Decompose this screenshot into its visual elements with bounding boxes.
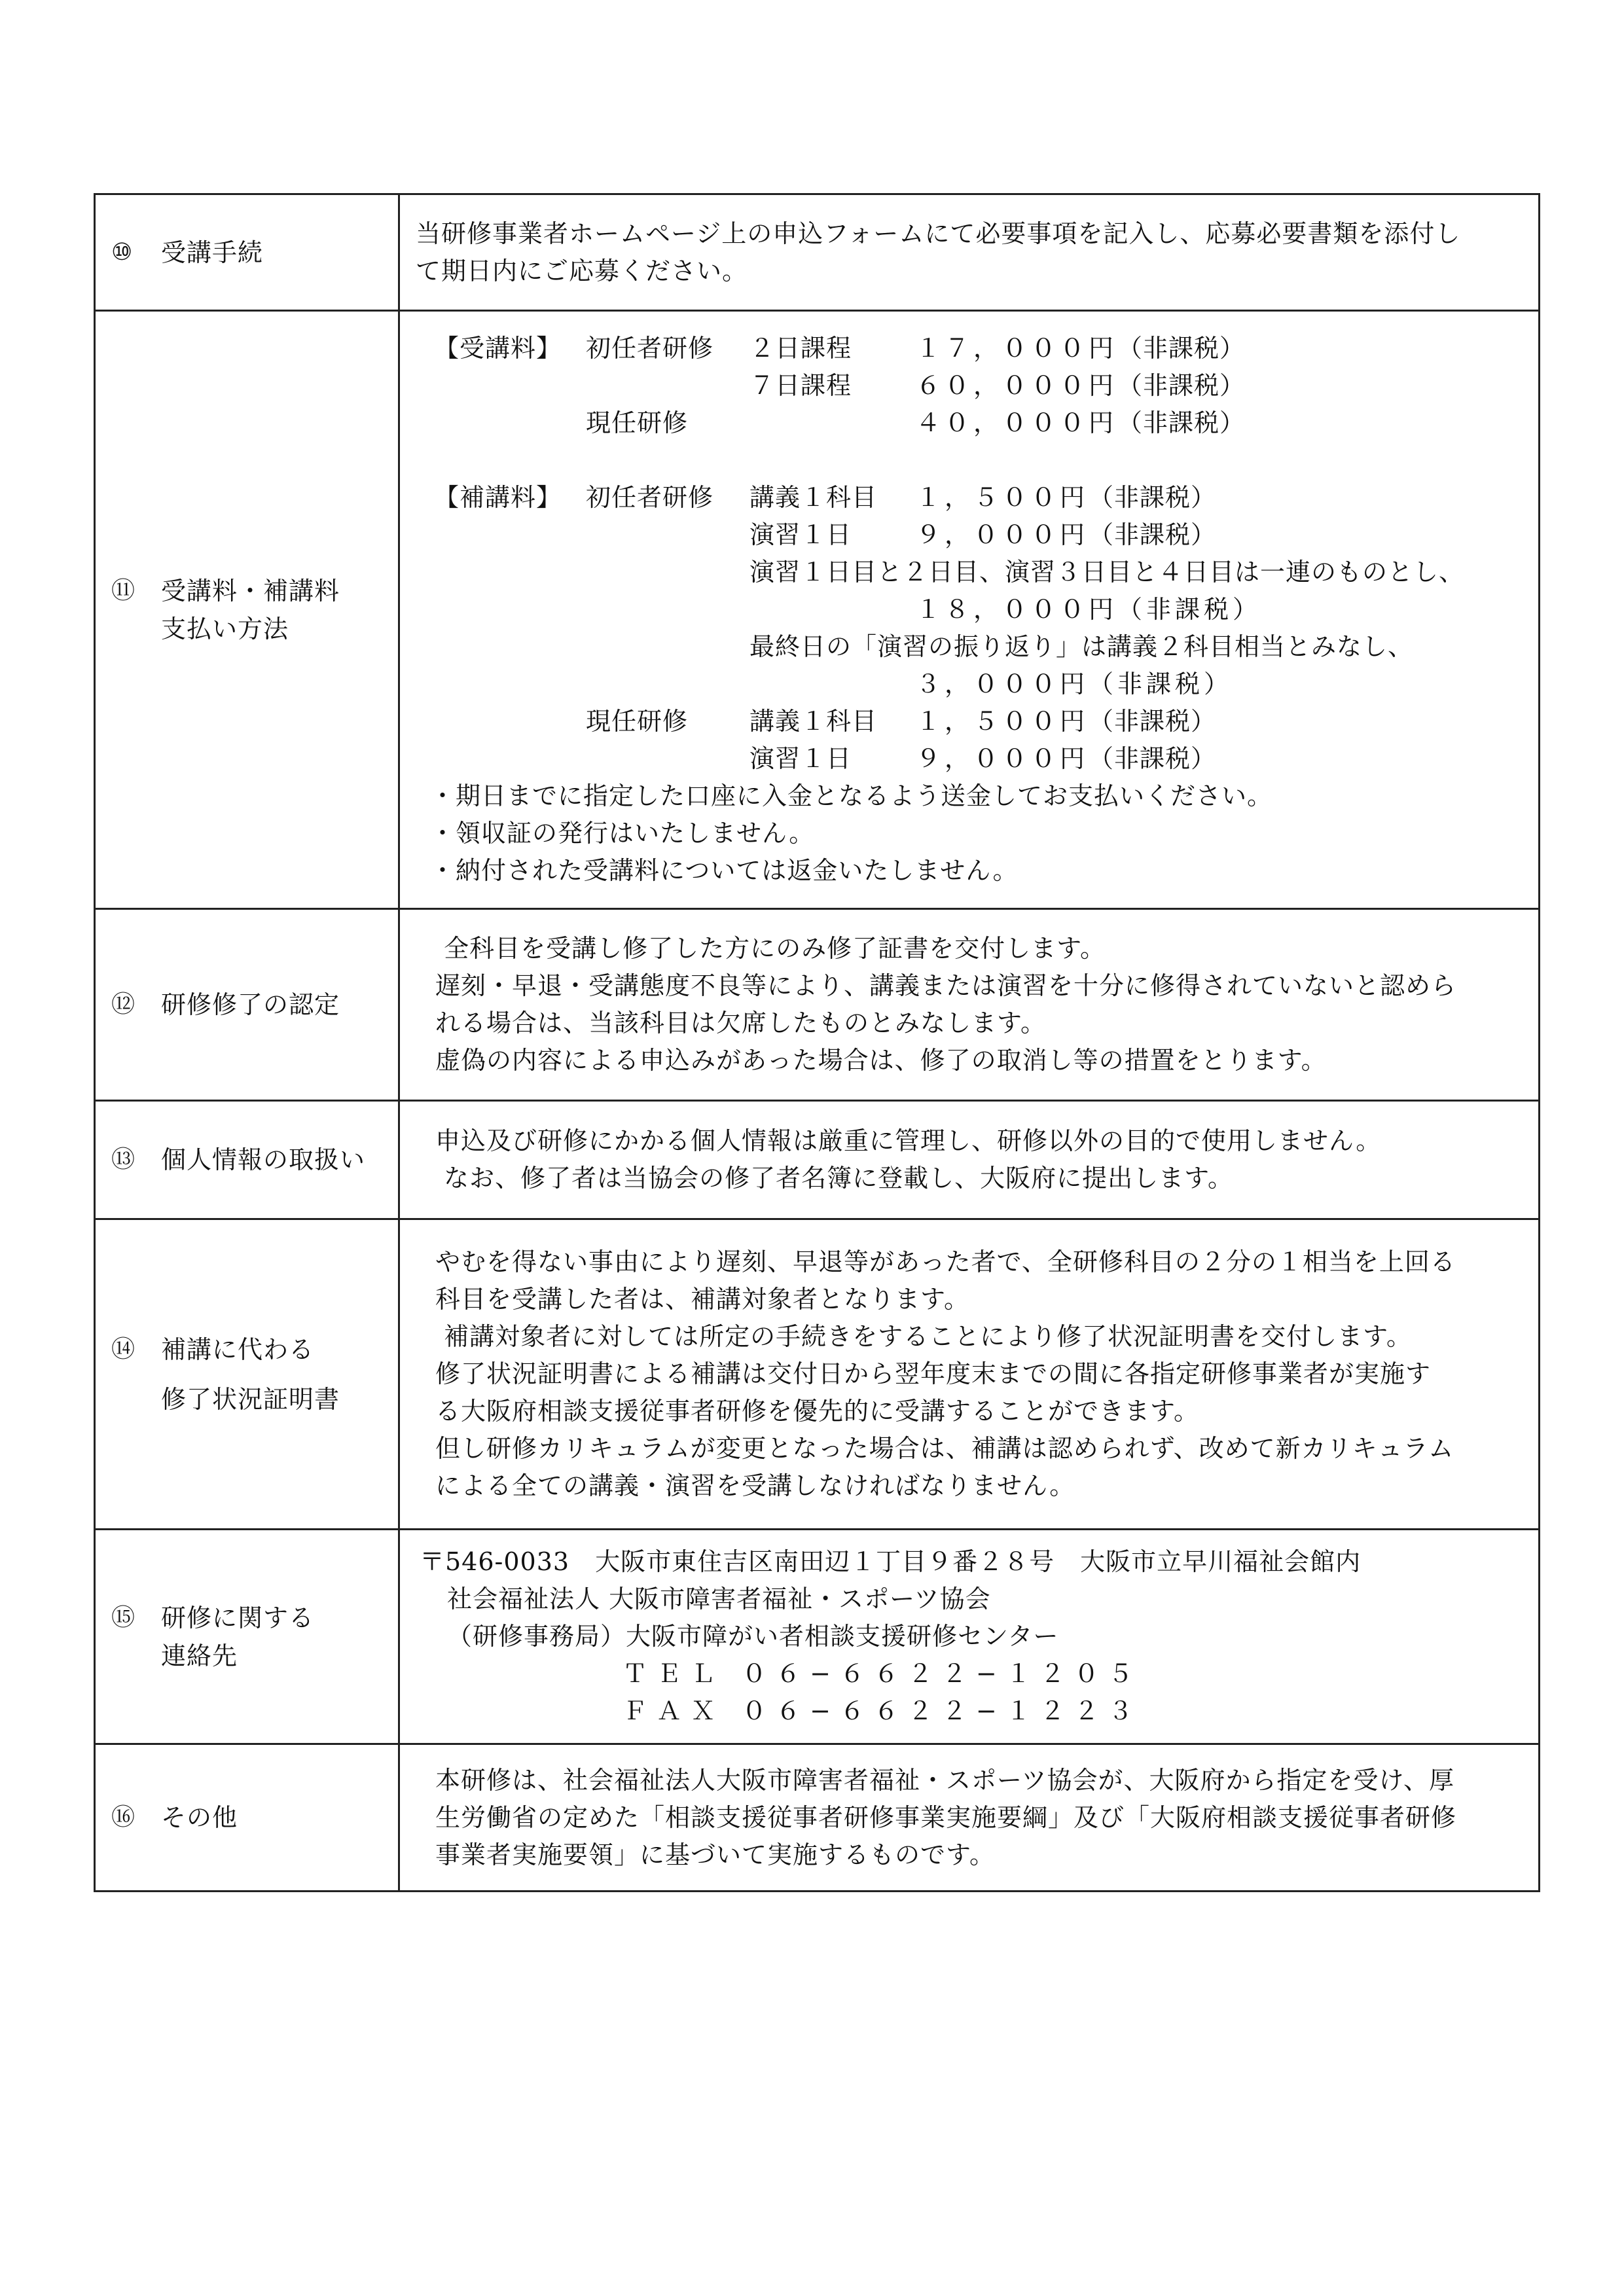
- paragraph: 補講対象者に対しては所定の手続きをすることにより修了状況証明書を交付します。: [435, 1318, 1523, 1355]
- paragraph: 修了状況証明書による補講は交付日から翌年度末までの間に各指定研修事業者が実施す: [435, 1355, 1523, 1393]
- fee-tax: （非課税）: [1117, 367, 1245, 404]
- fee-item: 演習１日: [749, 740, 916, 778]
- contact-address: 〒546-0033 大阪市東住吉区南田辺１丁目９番２８号 大阪市立早川福祉会館内: [420, 1543, 1523, 1581]
- table-row-12: ⑫ 研修修了の認定 全科目を受講し修了した方にのみ修了証書を交付します。 遅刻・…: [95, 909, 1540, 1101]
- paragraph: 全科目を受講し修了した方にのみ修了証書を交付します。: [435, 930, 1523, 967]
- paragraph: 遅刻・早退・受講態度不良等により、講義または演習を十分に修得されていないと認めら: [435, 967, 1523, 1005]
- fee-line: ７日課程 ６０，０００円 （非課税）: [424, 367, 1523, 404]
- fee-item: ２日課程: [749, 330, 916, 367]
- contact-office: （研修事務局）大阪市障がい者相談支援研修センター: [420, 1618, 1523, 1655]
- info-table: ⑩ 受講手続 当研修事業者ホームページ上の申込フォームにて必要事項を記入し、応募…: [94, 193, 1540, 1892]
- paragraph: なお、修了者は当協会の修了者名簿に登載し、大阪府に提出します。: [435, 1160, 1523, 1197]
- paragraph: 但し研修カリキュラムが変更となった場合は、補講は認められず、改めて新カリキュラム: [435, 1430, 1523, 1467]
- row-number: ⑩: [111, 234, 161, 272]
- table-row-14: ⑭ 補講に代わる 修了状況証明書 やむを得ない事由により遅刻、早退等があった者で…: [95, 1219, 1540, 1530]
- row-label: 補講に代わる 修了状況証明書: [161, 1325, 340, 1424]
- fee-amount: １，５００円: [916, 703, 1089, 740]
- row-label-cell: ⑩ 受講手続: [95, 194, 399, 311]
- fee-tax: （非課税）: [1089, 740, 1216, 778]
- fee-amount: ６０，０００円: [916, 367, 1117, 404]
- fee-heading: 【補講料】: [424, 479, 586, 516]
- fee-line: 現任研修 ４０，０００円 （非課税）: [424, 404, 1523, 442]
- fee-heading: 【受講料】: [424, 330, 586, 367]
- row-label: 受講手続: [161, 234, 263, 272]
- fee-note: 演習１日目と２日目、演習３日目と４日目は一連のものとし、: [424, 554, 1523, 591]
- paragraph: による全ての講義・演習を受講しなければなりません。: [435, 1467, 1523, 1505]
- contact-fax: ＦＡＸ ０６−６６２２−１２２３: [420, 1693, 1523, 1730]
- fee-amount: １７，０００円: [916, 330, 1117, 367]
- row-label-cell: ⑭ 補講に代わる 修了状況証明書: [95, 1219, 399, 1530]
- row-content-cell: やむを得ない事由により遅刻、早退等があった者で、全研修科目の２分の１相当を上回る…: [399, 1219, 1540, 1530]
- paragraph: 虚偽の内容による申込みがあった場合は、修了の取消し等の措置をとります。: [435, 1042, 1523, 1079]
- fee-tax: （非課税）: [1117, 404, 1245, 442]
- row-content-cell: 本研修は、社会福祉法人大阪市障害者福祉・スポーツ協会が、大阪府から指定を受け、厚…: [399, 1744, 1540, 1892]
- contact-phone: ＴＥＬ ０６−６６２２−１２０５: [420, 1655, 1523, 1693]
- row-number: ⑬: [111, 1141, 161, 1179]
- fee-amount: ９，０００円: [916, 740, 1089, 778]
- fee-amount: ４０，０００円: [916, 404, 1117, 442]
- fee-amount: ９，０００円: [916, 516, 1089, 554]
- row-content-cell: 〒546-0033 大阪市東住吉区南田辺１丁目９番２８号 大阪市立早川福祉会館内…: [399, 1530, 1540, 1744]
- fee-tax: （非課税）: [1089, 703, 1216, 740]
- paragraph: やむを得ない事由により遅刻、早退等があった者で、全研修科目の２分の１相当を上回る: [435, 1244, 1523, 1281]
- row-content-cell: 【受講料】 初任者研修 ２日課程 １７，０００円 （非課税） ７日課程 ６０，０…: [399, 311, 1540, 909]
- payment-note: ・期日までに指定した口座に入金となるよう送金してお支払いください。: [424, 778, 1523, 815]
- fee-item: 講義１科目: [749, 479, 916, 516]
- row-number: ⑯: [111, 1799, 161, 1837]
- paragraph: 科目を受講した者は、補講対象者となります。: [435, 1281, 1523, 1318]
- paragraph: 申込及び研修にかかる個人情報は厳重に管理し、研修以外の目的で使用しません。: [435, 1122, 1523, 1160]
- row-label-cell: ⑫ 研修修了の認定: [95, 909, 399, 1101]
- row-content-cell: 全科目を受講し修了した方にのみ修了証書を交付します。 遅刻・早退・受講態度不良等…: [399, 909, 1540, 1101]
- row-number: ⑫: [111, 986, 161, 1024]
- table-row-13: ⑬ 個人情報の取扱い 申込及び研修にかかる個人情報は厳重に管理し、研修以外の目的…: [95, 1101, 1540, 1219]
- row-label-cell: ⑯ その他: [95, 1744, 399, 1892]
- row-label: 個人情報の取扱い: [161, 1141, 365, 1179]
- table-row-16: ⑯ その他 本研修は、社会福祉法人大阪市障害者福祉・スポーツ協会が、大阪府から指…: [95, 1744, 1540, 1892]
- fee-line: 演習１日 ９，０００円 （非課税）: [424, 740, 1523, 778]
- fee-course: 初任者研修: [586, 330, 749, 367]
- table-row-10: ⑩ 受講手続 当研修事業者ホームページ上の申込フォームにて必要事項を記入し、応募…: [95, 194, 1540, 311]
- row-label-cell: ⑪ 受講料・補講料 支払い方法: [95, 311, 399, 909]
- fee-course: 現任研修: [586, 404, 749, 442]
- paragraph: る大阪府相談支援従事者研修を優先的に受講することができます。: [435, 1393, 1523, 1430]
- row-label: 受講料・補講料 支払い方法: [161, 572, 340, 648]
- payment-note: ・納付された受講料については返金いたしません。: [424, 852, 1523, 889]
- row-content-cell: 当研修事業者ホームページ上の申込フォームにて必要事項を記入し、応募必要書類を添付…: [399, 194, 1540, 311]
- row-label-cell: ⑮ 研修に関する 連絡先: [95, 1530, 399, 1744]
- row-number: ⑮: [111, 1599, 161, 1637]
- payment-note: ・領収証の発行はいたしません。: [424, 815, 1523, 852]
- fee-line: 演習１日 ９，０００円 （非課税）: [424, 516, 1523, 554]
- paragraph: て期日内にご応募ください。: [416, 253, 1523, 290]
- fee-tax: （非課税）: [1089, 479, 1216, 516]
- paragraph: 生労働省の定めた「相談支援従事者研修事業実施要綱」及び「大阪府相談支援従事者研修: [435, 1799, 1523, 1837]
- fee-note-amount: １８，０００円（非課税）: [424, 591, 1523, 628]
- fee-course: 初任者研修: [586, 479, 749, 516]
- fee-line: 【補講料】 初任者研修 講義１科目 １，５００円 （非課税）: [424, 479, 1523, 516]
- supplementary-fees: 【補講料】 初任者研修 講義１科目 １，５００円 （非課税） 演習１日 ９，００…: [424, 479, 1523, 778]
- row-label: その他: [161, 1799, 238, 1837]
- paragraph: 本研修は、社会福祉法人大阪市障害者福祉・スポーツ協会が、大阪府から指定を受け、厚: [435, 1762, 1523, 1799]
- table-row-11: ⑪ 受講料・補講料 支払い方法 【受講料】 初任者研修 ２日課程 １７，０００円…: [95, 311, 1540, 909]
- fee-tax: （非課税）: [1089, 516, 1216, 554]
- row-number: ⑭: [111, 1325, 161, 1374]
- table-row-15: ⑮ 研修に関する 連絡先 〒546-0033 大阪市東住吉区南田辺１丁目９番２８…: [95, 1530, 1540, 1744]
- fee-tax: （非課税）: [1117, 330, 1245, 367]
- tuition-fees: 【受講料】 初任者研修 ２日課程 １７，０００円 （非課税） ７日課程 ６０，０…: [424, 330, 1523, 442]
- row-label-cell: ⑬ 個人情報の取扱い: [95, 1101, 399, 1219]
- row-number: ⑪: [111, 572, 161, 610]
- fee-line: 現任研修 講義１科目 １，５００円 （非課税）: [424, 703, 1523, 740]
- fee-note-amount: ３，０００円（非課税）: [424, 666, 1523, 703]
- paragraph: 当研修事業者ホームページ上の申込フォームにて必要事項を記入し、応募必要書類を添付…: [416, 215, 1523, 253]
- fee-course: 現任研修: [586, 703, 749, 740]
- fee-item: 講義１科目: [749, 703, 916, 740]
- fee-note: 最終日の「演習の振り返り」は講義２科目相当とみなし、: [424, 628, 1523, 666]
- contact-organization: 社会福祉法人 大阪市障害者福祉・スポーツ協会: [420, 1581, 1523, 1618]
- fee-amount: １，５００円: [916, 479, 1089, 516]
- row-content-cell: 申込及び研修にかかる個人情報は厳重に管理し、研修以外の目的で使用しません。 なお…: [399, 1101, 1540, 1219]
- fee-line: 【受講料】 初任者研修 ２日課程 １７，０００円 （非課税）: [424, 330, 1523, 367]
- paragraph: れる場合は、当該科目は欠席したものとみなします。: [435, 1005, 1523, 1042]
- fee-item: 演習１日: [749, 516, 916, 554]
- paragraph: 事業者実施要領」に基づいて実施するものです。: [435, 1837, 1523, 1874]
- row-label: 研修に関する 連絡先: [161, 1599, 314, 1675]
- fee-item: ７日課程: [749, 367, 916, 404]
- row-label: 研修修了の認定: [161, 986, 340, 1024]
